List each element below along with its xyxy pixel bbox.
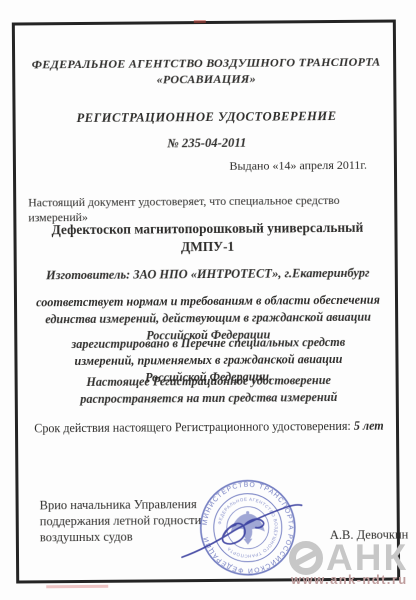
scan-artifact-mark	[46, 585, 108, 588]
scan-artifact-mark	[194, 20, 206, 23]
scanned-certificate-page: ФЕДЕРАЛЬНОЕ АГЕНТСТВО ВОЗДУШНОГО ТРАНСПО…	[0, 0, 416, 600]
validity-line: Срок действия настоящего Регистрационног…	[25, 419, 393, 437]
issue-date-line: Выдано «14» апреля 2011г.	[229, 158, 367, 174]
device-name: Дефектоскоп магнитопорошковый универсаль…	[19, 219, 395, 240]
ank-watermark-url: www.ank-ndt.ru	[291, 572, 408, 587]
device-model: ДМПУ-1	[20, 237, 396, 258]
validity-value: 5 лет	[354, 419, 384, 433]
scope-paragraph: Настоящее Регистрационное удостоверение …	[47, 372, 371, 408]
document-body: ФЕДЕРАЛЬНОЕ АГЕНТСТВО ВОЗДУШНОГО ТРАНСПО…	[0, 0, 416, 600]
document-title: РЕГИСТРАЦИОННОЕ УДОСТОВЕРЕНИЕ	[19, 109, 395, 127]
manufacturer-line: Изготовитель: ЗАО НПО «ИНТРОТЕСТ», г.Ека…	[20, 266, 396, 284]
document-number: № 235-04-2011	[19, 135, 395, 153]
agency-brand-line: «РОСАВИАЦИЯ»	[18, 70, 394, 89]
validity-label: Срок действия настоящего Регистрационног…	[34, 419, 351, 435]
agency-name-line: ФЕДЕРАЛЬНОЕ АГЕНТСТВО ВОЗДУШНОГО ТРАНСПО…	[18, 55, 394, 74]
issuing-agency-header: ФЕДЕРАЛЬНОЕ АГЕНТСТВО ВОЗДУШНОГО ТРАНСПО…	[18, 55, 394, 89]
device-name-block: Дефектоскоп магнитопорошковый универсаль…	[19, 219, 395, 258]
ank-logo-circle-icon	[289, 541, 323, 575]
ank-watermark-logo: АНК	[289, 539, 408, 576]
ank-logo-letters: АНК	[326, 539, 408, 576]
